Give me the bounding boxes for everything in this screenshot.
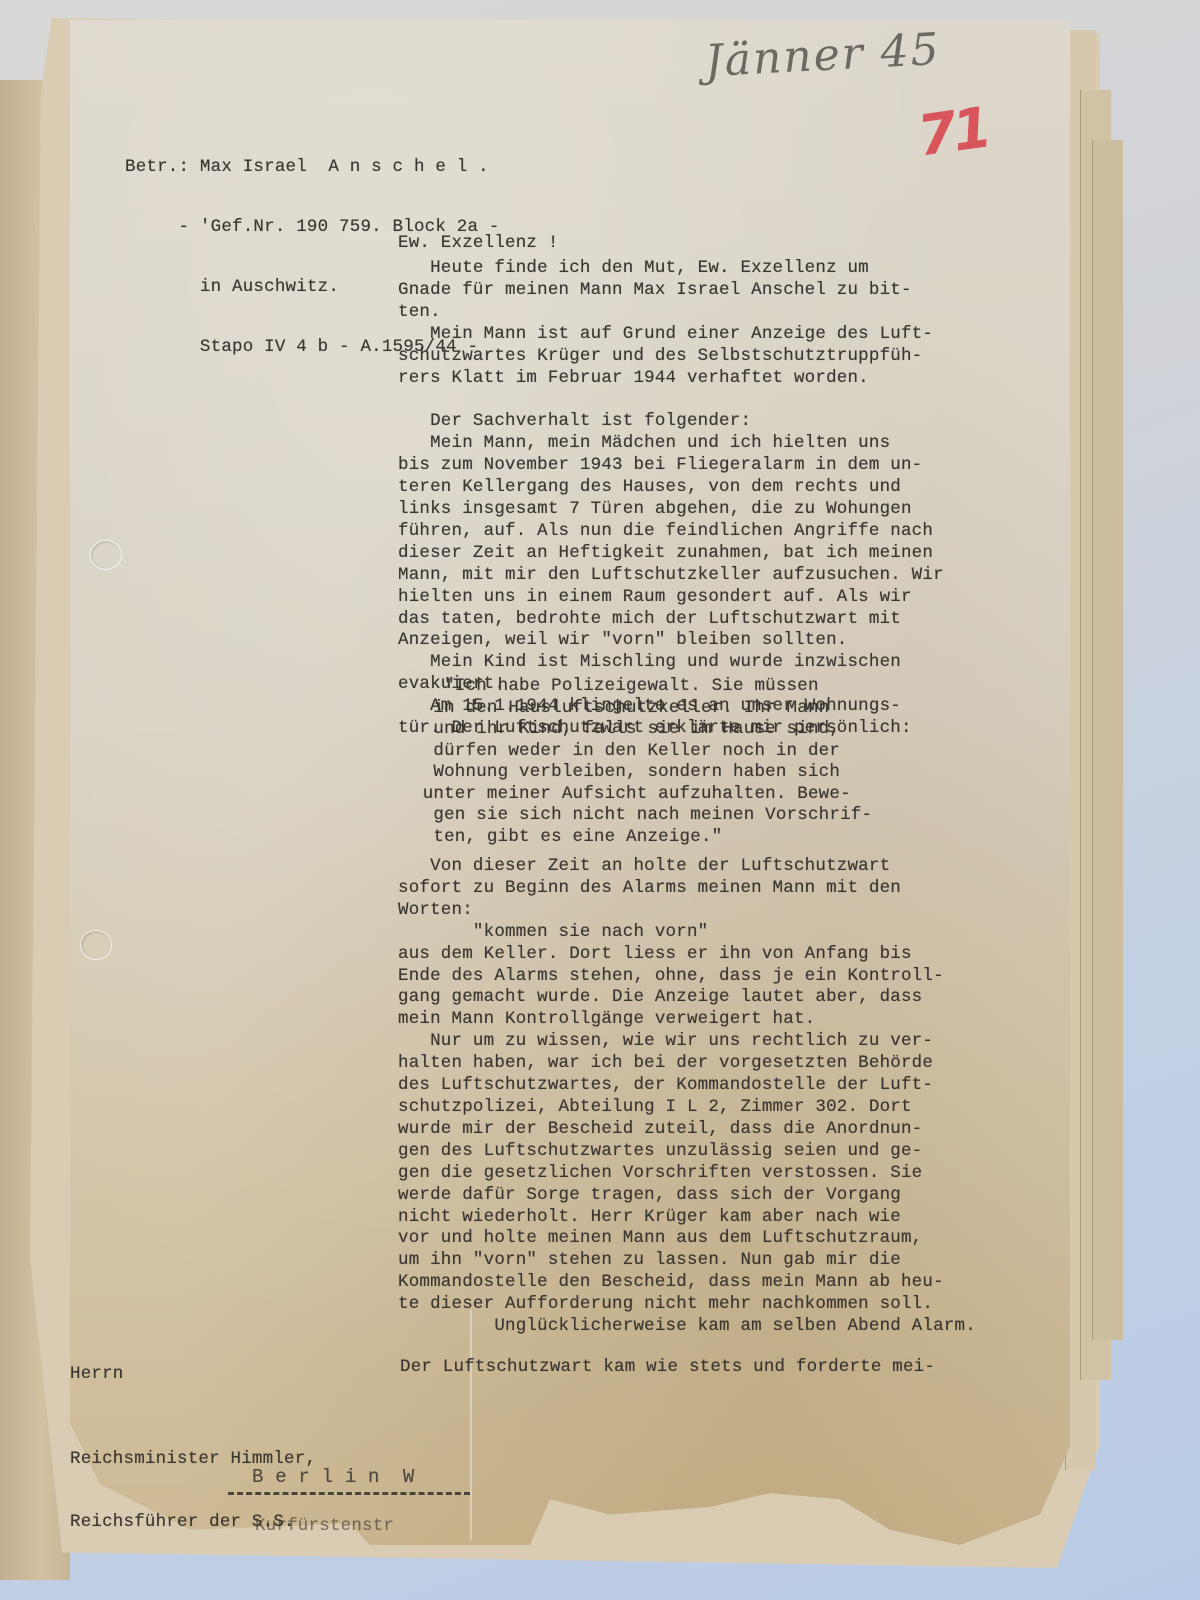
punch-hole bbox=[80, 930, 112, 960]
paper-crease bbox=[470, 1310, 472, 1540]
body-line: wurde mir der Bescheid zuteil, dass die … bbox=[398, 1119, 976, 1141]
underline-rule bbox=[228, 1492, 470, 1495]
body-line: te dieser Aufforderung nicht mehr nachko… bbox=[398, 1294, 976, 1316]
body-line: Heute finde ich den Mut, Ew. Exzellenz u… bbox=[398, 258, 944, 280]
body-line: vor und holte meinen Mann aus dem Luftsc… bbox=[398, 1228, 976, 1250]
body-line: links insgesamt 7 Türen abgehen, die zu … bbox=[398, 499, 944, 521]
body-line: gen des Luftschutzwartes unzulässig seie… bbox=[398, 1141, 976, 1163]
body-line bbox=[398, 389, 944, 411]
punch-hole bbox=[90, 540, 122, 570]
body-line: sofort zu Beginn des Alarms meinen Mann … bbox=[398, 878, 976, 900]
body-line: Mein Mann, mein Mädchen und ich hielten … bbox=[398, 433, 944, 455]
letter-body-part1: Heute finde ich den Mut, Ew. Exzellenz u… bbox=[398, 258, 944, 740]
body-line: Ende des Alarms stehen, ohne, dass je ei… bbox=[398, 966, 976, 988]
body-line: aus dem Keller. Dort liess er ihn von An… bbox=[398, 944, 976, 966]
body-line: Mein Mann ist auf Grund einer Anzeige de… bbox=[398, 324, 944, 346]
body-line: Nur um zu wissen, wie wir uns rechtlich … bbox=[398, 1031, 976, 1053]
body-line: schutzwartes Krüger und des Selbstschutz… bbox=[398, 346, 944, 368]
reference-line: Betr.: Max Israel A n s c h e l . bbox=[125, 157, 500, 177]
body-line: Gnade für meinen Mann Max Israel Anschel… bbox=[398, 280, 944, 302]
body-line: Der Sachverhalt ist folgender: bbox=[398, 411, 944, 433]
body-line: Worten: bbox=[398, 900, 976, 922]
stacked-page-edge bbox=[1092, 140, 1123, 1340]
quote-line: Wohnung verbleiben, sondern haben sich bbox=[412, 762, 872, 784]
quote-line: ten, gibt es eine Anzeige." bbox=[412, 827, 872, 849]
quoted-statement: "Ich habe Polizeigewalt. Sie müssen in d… bbox=[412, 676, 872, 848]
body-line: gen die gesetzlichen Vorschriften versto… bbox=[398, 1163, 976, 1185]
body-line: das taten, bedrohte mich der Luftschutzw… bbox=[398, 609, 944, 631]
salutation: Ew. Exzellenz ! bbox=[398, 232, 559, 254]
quote-line: dürfen weder in den Keller noch in der bbox=[412, 741, 872, 763]
body-line: bis zum November 1943 bei Fliegeralarm i… bbox=[398, 455, 944, 477]
body-line: "kommen sie nach vorn" bbox=[398, 922, 976, 944]
quote-line: unter meiner Aufsicht aufzuhalten. Bewe- bbox=[412, 784, 872, 806]
body-line: schutzpolizei, Abteilung I L 2, Zimmer 3… bbox=[398, 1097, 976, 1119]
quote-line: in den Hausluftschutzkeller. Ihr Mann bbox=[412, 698, 872, 720]
body-line: ten. bbox=[398, 302, 944, 324]
body-line: hielten uns in einem Raum gesondert auf.… bbox=[398, 587, 944, 609]
body-line: dieser Zeit an Heftigkeit zunahmen, bat … bbox=[398, 543, 944, 565]
body-line: halten haben, war ich bei der vorgesetzt… bbox=[398, 1053, 976, 1075]
body-line: teren Kellergang des Hauses, von dem rec… bbox=[398, 477, 944, 499]
body-line: Unglücklicherweise kam am selben Abend A… bbox=[398, 1316, 976, 1338]
body-line: Anzeigen, weil wir "vorn" bleiben sollte… bbox=[398, 630, 944, 652]
body-line: Mein Kind ist Mischling und wurde inzwis… bbox=[398, 652, 944, 674]
addressee-city: B e r l i n W bbox=[252, 1466, 414, 1488]
quote-line: "Ich habe Polizeigewalt. Sie müssen bbox=[412, 676, 872, 698]
body-line: mein Mann Kontrollgänge verweigert hat. bbox=[398, 1009, 976, 1031]
letter-body-part2: Von dieser Zeit an holte der Luftschutzw… bbox=[398, 856, 976, 1338]
body-line: rers Klatt im Februar 1944 verhaftet wor… bbox=[398, 368, 944, 390]
body-line: des Luftschutzwartes, der Kommandostelle… bbox=[398, 1075, 976, 1097]
body-line: Von dieser Zeit an holte der Luftschutzw… bbox=[398, 856, 976, 878]
quote-line: gen sie sich nicht nach meinen Vorschrif… bbox=[412, 805, 872, 827]
body-line: gang gemacht wurde. Die Anzeige lautet a… bbox=[398, 987, 976, 1009]
red-page-number: 71 bbox=[914, 95, 992, 169]
quote-line: und ihr Kind, falls sie im Hause sind, bbox=[412, 719, 872, 741]
body-line: werde dafür Sorge tragen, dass sich der … bbox=[398, 1185, 976, 1207]
addressee-salutation: Herrn bbox=[70, 1363, 124, 1385]
continuation-line: Der Luftschutzwart kam wie stets und for… bbox=[400, 1356, 935, 1378]
body-line: Kommandostelle den Bescheid, dass mein M… bbox=[398, 1272, 976, 1294]
addressee-street: Kurfürstenstr bbox=[255, 1515, 394, 1537]
body-line: um ihn "vorn" stehen zu lassen. Nun gab … bbox=[398, 1250, 976, 1272]
body-line: Mann, mit mir den Luftschutzkeller aufzu… bbox=[398, 565, 944, 587]
body-line: führen, auf. Als nun die feindlichen Ang… bbox=[398, 521, 944, 543]
body-line: nicht wiederholt. Herr Krüger kam aber n… bbox=[398, 1207, 976, 1229]
